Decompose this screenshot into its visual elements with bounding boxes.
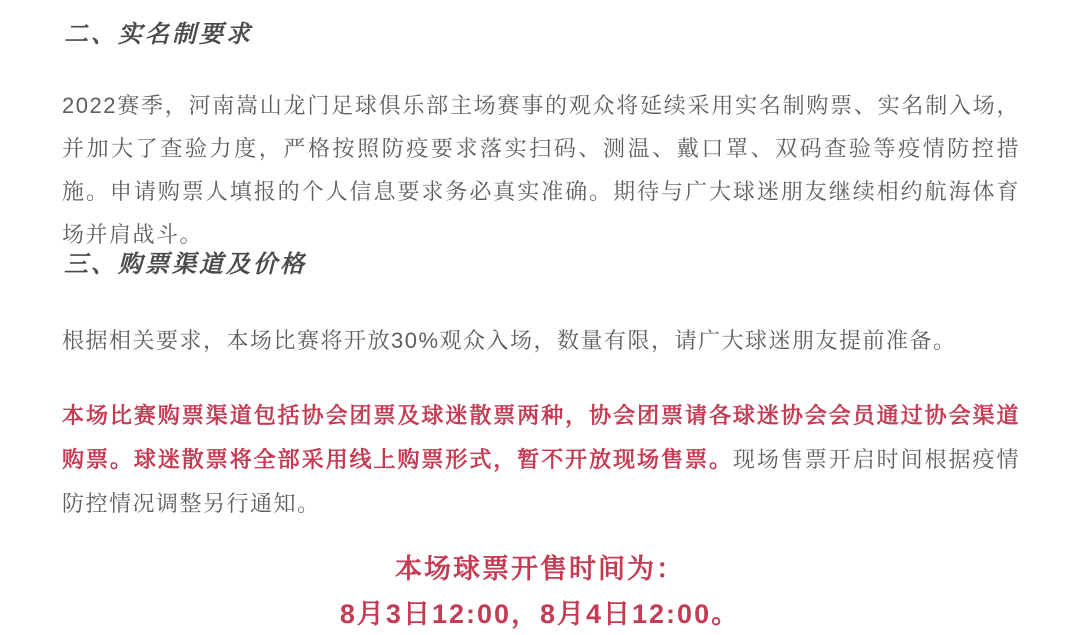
section-heading-realname-requirements: 二、实名制要求 — [64, 20, 1018, 50]
ticket-channels-paragraph: 根据相关要求，本场比赛将开放30%观众入场，数量有限，请广大球迷朋友提前准备。 — [62, 319, 1020, 362]
sale-time-block: 本场球票开售时间为： 8月3日12:00，8月4日12:00。 — [0, 547, 1080, 635]
sale-time-dates: 8月3日12:00，8月4日12:00。 — [0, 592, 1080, 635]
announcement-page: 二、实名制要求 2022赛季，河南嵩山龙门足球俱乐部主场赛事的观众将延续采用实名… — [0, 0, 1080, 635]
realname-requirements-paragraph: 2022赛季，河南嵩山龙门足球俱乐部主场赛事的观众将延续采用实名制购票、实名制入… — [62, 84, 1020, 256]
ticket-notice-paragraph: 本场比赛购票渠道包括协会团票及球迷散票两种，协会团票请各球迷协会会员通过协会渠道… — [62, 394, 1020, 526]
section-heading-ticket-channels: 三、购票渠道及价格 — [64, 250, 1018, 280]
sale-time-title: 本场球票开售时间为： — [0, 547, 1080, 592]
